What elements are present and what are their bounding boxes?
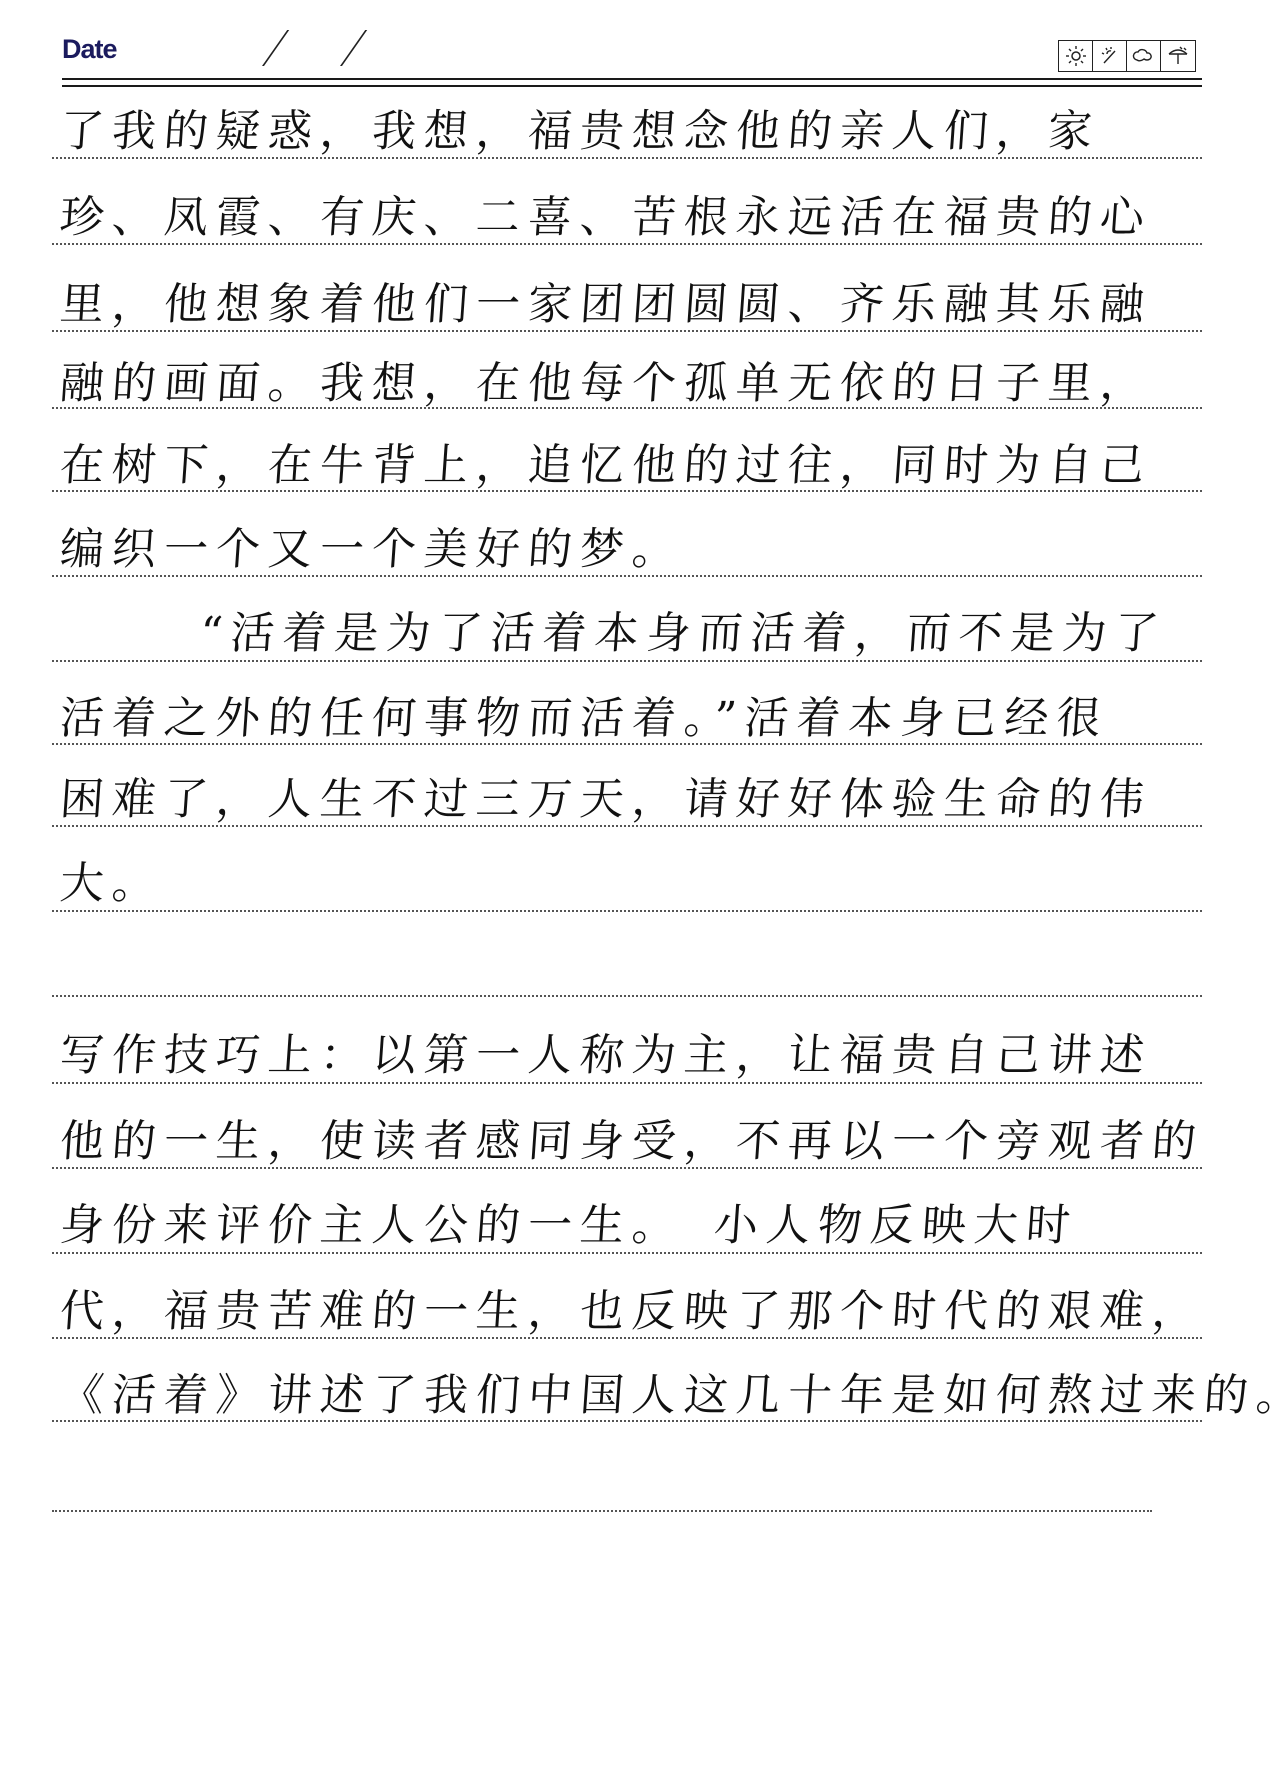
ruled-line-12 bbox=[52, 1082, 1202, 1084]
ruled-line-4 bbox=[52, 407, 1202, 409]
text-line-16: 《活着》讲述了我们中国人这几十年是如何熬过来的。 bbox=[58, 1374, 1211, 1418]
ruled-line-16 bbox=[52, 1420, 1202, 1422]
text-line-3: 里，他想象着他们一家团团圆圆、齐乐融其乐融 bbox=[58, 283, 1211, 327]
date-separator-2 bbox=[340, 30, 367, 66]
cloudy-icon[interactable] bbox=[1127, 41, 1161, 71]
header-rule-bottom bbox=[62, 85, 1202, 87]
weather-selector bbox=[1058, 40, 1196, 72]
ruled-line-8 bbox=[52, 743, 1202, 745]
notebook-page: Date bbox=[0, 0, 1278, 1773]
text-line-7: “活着是为了活着本身而活着，而不是为了 bbox=[198, 612, 1278, 656]
ruled-line-17 bbox=[52, 1510, 1152, 1512]
ruled-line-13 bbox=[52, 1167, 1202, 1169]
text-line-14: 身份来评价主人公的一生。 小人物反映大时 bbox=[58, 1204, 1211, 1248]
text-line-15: 代，福贵苦难的一生，也反映了那个时代的艰难， bbox=[58, 1290, 1211, 1334]
ruled-line-9 bbox=[52, 825, 1202, 827]
header-rule-top bbox=[62, 78, 1202, 80]
sunny-icon[interactable] bbox=[1059, 41, 1093, 71]
ruled-line-11 bbox=[52, 995, 1202, 997]
ruled-line-14 bbox=[52, 1252, 1202, 1254]
partly-sunny-icon[interactable] bbox=[1093, 41, 1127, 71]
rainy-icon[interactable] bbox=[1161, 41, 1195, 71]
ruled-line-1 bbox=[52, 157, 1202, 159]
sun-glyph-icon bbox=[1064, 45, 1088, 67]
cloud-glyph-icon bbox=[1132, 45, 1156, 67]
date-label: Date bbox=[62, 34, 117, 65]
text-line-4: 融的画面。我想，在他每个孤单无依的日子里， bbox=[58, 362, 1211, 406]
ruled-line-5 bbox=[52, 490, 1202, 492]
date-separator-1 bbox=[262, 30, 289, 66]
text-line-8: 活着之外的任何事物而活着。”活着本身已经很 bbox=[58, 697, 1211, 741]
text-line-1: 了我的疑惑，我想，福贵想念他的亲人们，家 bbox=[58, 110, 1211, 154]
text-line-10: 大。 bbox=[58, 862, 1211, 906]
text-line-9: 困难了，人生不过三万天，请好好体验生命的伟 bbox=[58, 778, 1211, 822]
ruled-line-2 bbox=[52, 243, 1202, 245]
ruled-line-7 bbox=[52, 660, 1202, 662]
ruled-line-10 bbox=[52, 910, 1202, 912]
text-line-5: 在树下，在牛背上，追忆他的过往，同时为自己 bbox=[58, 444, 1211, 488]
ruled-line-15 bbox=[52, 1337, 1202, 1339]
text-line-6: 编织一个又一个美好的梦。 bbox=[58, 528, 1211, 572]
umbrella-rain-glyph-icon bbox=[1166, 45, 1190, 67]
ruled-line-6 bbox=[52, 575, 1202, 577]
ruled-line-3 bbox=[52, 330, 1202, 332]
text-line-12: 写作技巧上：以第一人称为主，让福贵自己讲述 bbox=[58, 1034, 1211, 1078]
partly-sunny-glyph-icon bbox=[1098, 45, 1122, 67]
text-line-13: 他的一生，使读者感同身受，不再以一个旁观者的 bbox=[58, 1120, 1211, 1164]
text-line-2: 珍、凤霞、有庆、二喜、苦根永远活在福贵的心 bbox=[58, 196, 1211, 240]
